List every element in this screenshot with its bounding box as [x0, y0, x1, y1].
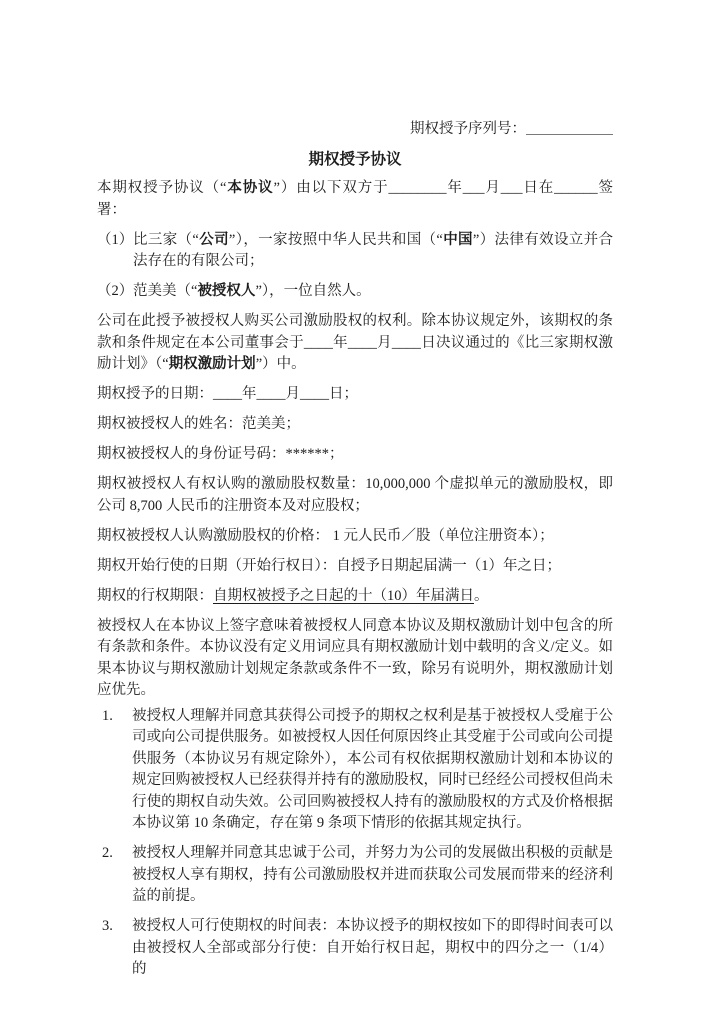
defined-term-china: 中国 — [443, 232, 473, 248]
term-exercise-period: 期权的行权期限：自期权被授予之日起的十（10）年届满日。 — [97, 586, 613, 608]
item-marker: 2. — [102, 843, 132, 908]
item-text: 被授权人可行使期权的时间表：本协议授予的期权按如下的即得时间表可以由被授权人全部… — [132, 916, 613, 981]
exercise-period-underlined: 自期权被授予之日起的十（10）年届满日 — [213, 588, 474, 604]
document-page: 期权授予序列号：＿＿＿＿＿＿ 期权授予协议 本期权授予协议（“本协议”）由以下双… — [0, 0, 720, 1017]
term-vesting-start: 期权开始行使的日期（开始行权日）：自授予日期起届满一（1）年之日； — [97, 556, 613, 578]
term-price: 期权被授权人认购激励股权的价格： 1 元人民币／股（单位注册资本）； — [97, 526, 613, 548]
defined-term-company: 公司 — [199, 232, 229, 248]
term-grant-date: 期权授予的日期：____年____月____日； — [97, 384, 613, 406]
numbered-item-2: 2. 被授权人理解并同意其忠诚于公司，并努力为公司的发展做出积极的贡献是被授权人… — [97, 843, 613, 908]
item-marker: 3. — [102, 916, 132, 981]
party-marker: （2） — [97, 281, 133, 303]
defined-term-plan: 期权激励计划 — [169, 356, 256, 372]
party-text: 比三家（“公司”），一家按照中华人民共和国（“中国”）法律有效设立并合法存在的有… — [133, 230, 613, 273]
numbered-item-3: 3. 被授权人可行使期权的时间表：本协议授予的期权按如下的即得时间表可以由被授权… — [97, 916, 613, 981]
party-marker: （1） — [97, 230, 133, 273]
signature-paragraph: 被授权人在本协议上签字意味着被授权人同意本协议及期权激励计划中包含的所有条款和条… — [97, 616, 613, 702]
item-text: 被授权人理解并同意其忠诚于公司，并努力为公司的发展做出积极的贡献是被授权人享有期… — [132, 843, 613, 908]
party-item-grantee: （2） 范美美（“被授权人”），一位自然人。 — [97, 281, 613, 303]
term-grantee-name: 期权被授权人的姓名：范美美； — [97, 414, 613, 436]
document-title: 期权授予协议 — [97, 149, 613, 171]
defined-term-agreement: 本协议 — [226, 180, 273, 196]
item-marker: 1. — [102, 706, 132, 835]
intro-paragraph: 本期权授予协议（“本协议”）由以下双方于________年___月___日在__… — [97, 178, 613, 221]
party-item-company: （1） 比三家（“公司”），一家按照中华人民共和国（“中国”）法律有效设立并合法… — [97, 230, 613, 273]
document-content: 期权授予序列号：＿＿＿＿＿＿ 期权授予协议 本期权授予协议（“本协议”）由以下双… — [97, 119, 613, 989]
numbered-item-1: 1. 被授权人理解并同意其获得公司授予的期权之权利是基于被授权人受雇于公司或向公… — [97, 706, 613, 835]
item-text: 被授权人理解并同意其获得公司授予的期权之权利是基于被授权人受雇于公司或向公司提供… — [132, 706, 613, 835]
term-id-number: 期权被授权人的身份证号码：******； — [97, 444, 613, 466]
intro-run: 本期权授予协议（“ — [97, 180, 226, 196]
party-text: 范美美（“被授权人”），一位自然人。 — [133, 281, 613, 303]
grant-paragraph: 公司在此授予被授权人购买公司激励股权的权利。除本协议规定外，该期权的条款和条件规… — [97, 311, 613, 376]
serial-number-line: 期权授予序列号：＿＿＿＿＿＿ — [97, 119, 613, 141]
defined-term-grantee: 被授权人 — [197, 283, 255, 299]
term-equity-amount: 期权被授权人有权认购的激励股权数量：10,000,000 个虚拟单元的激励股权，… — [97, 474, 613, 517]
